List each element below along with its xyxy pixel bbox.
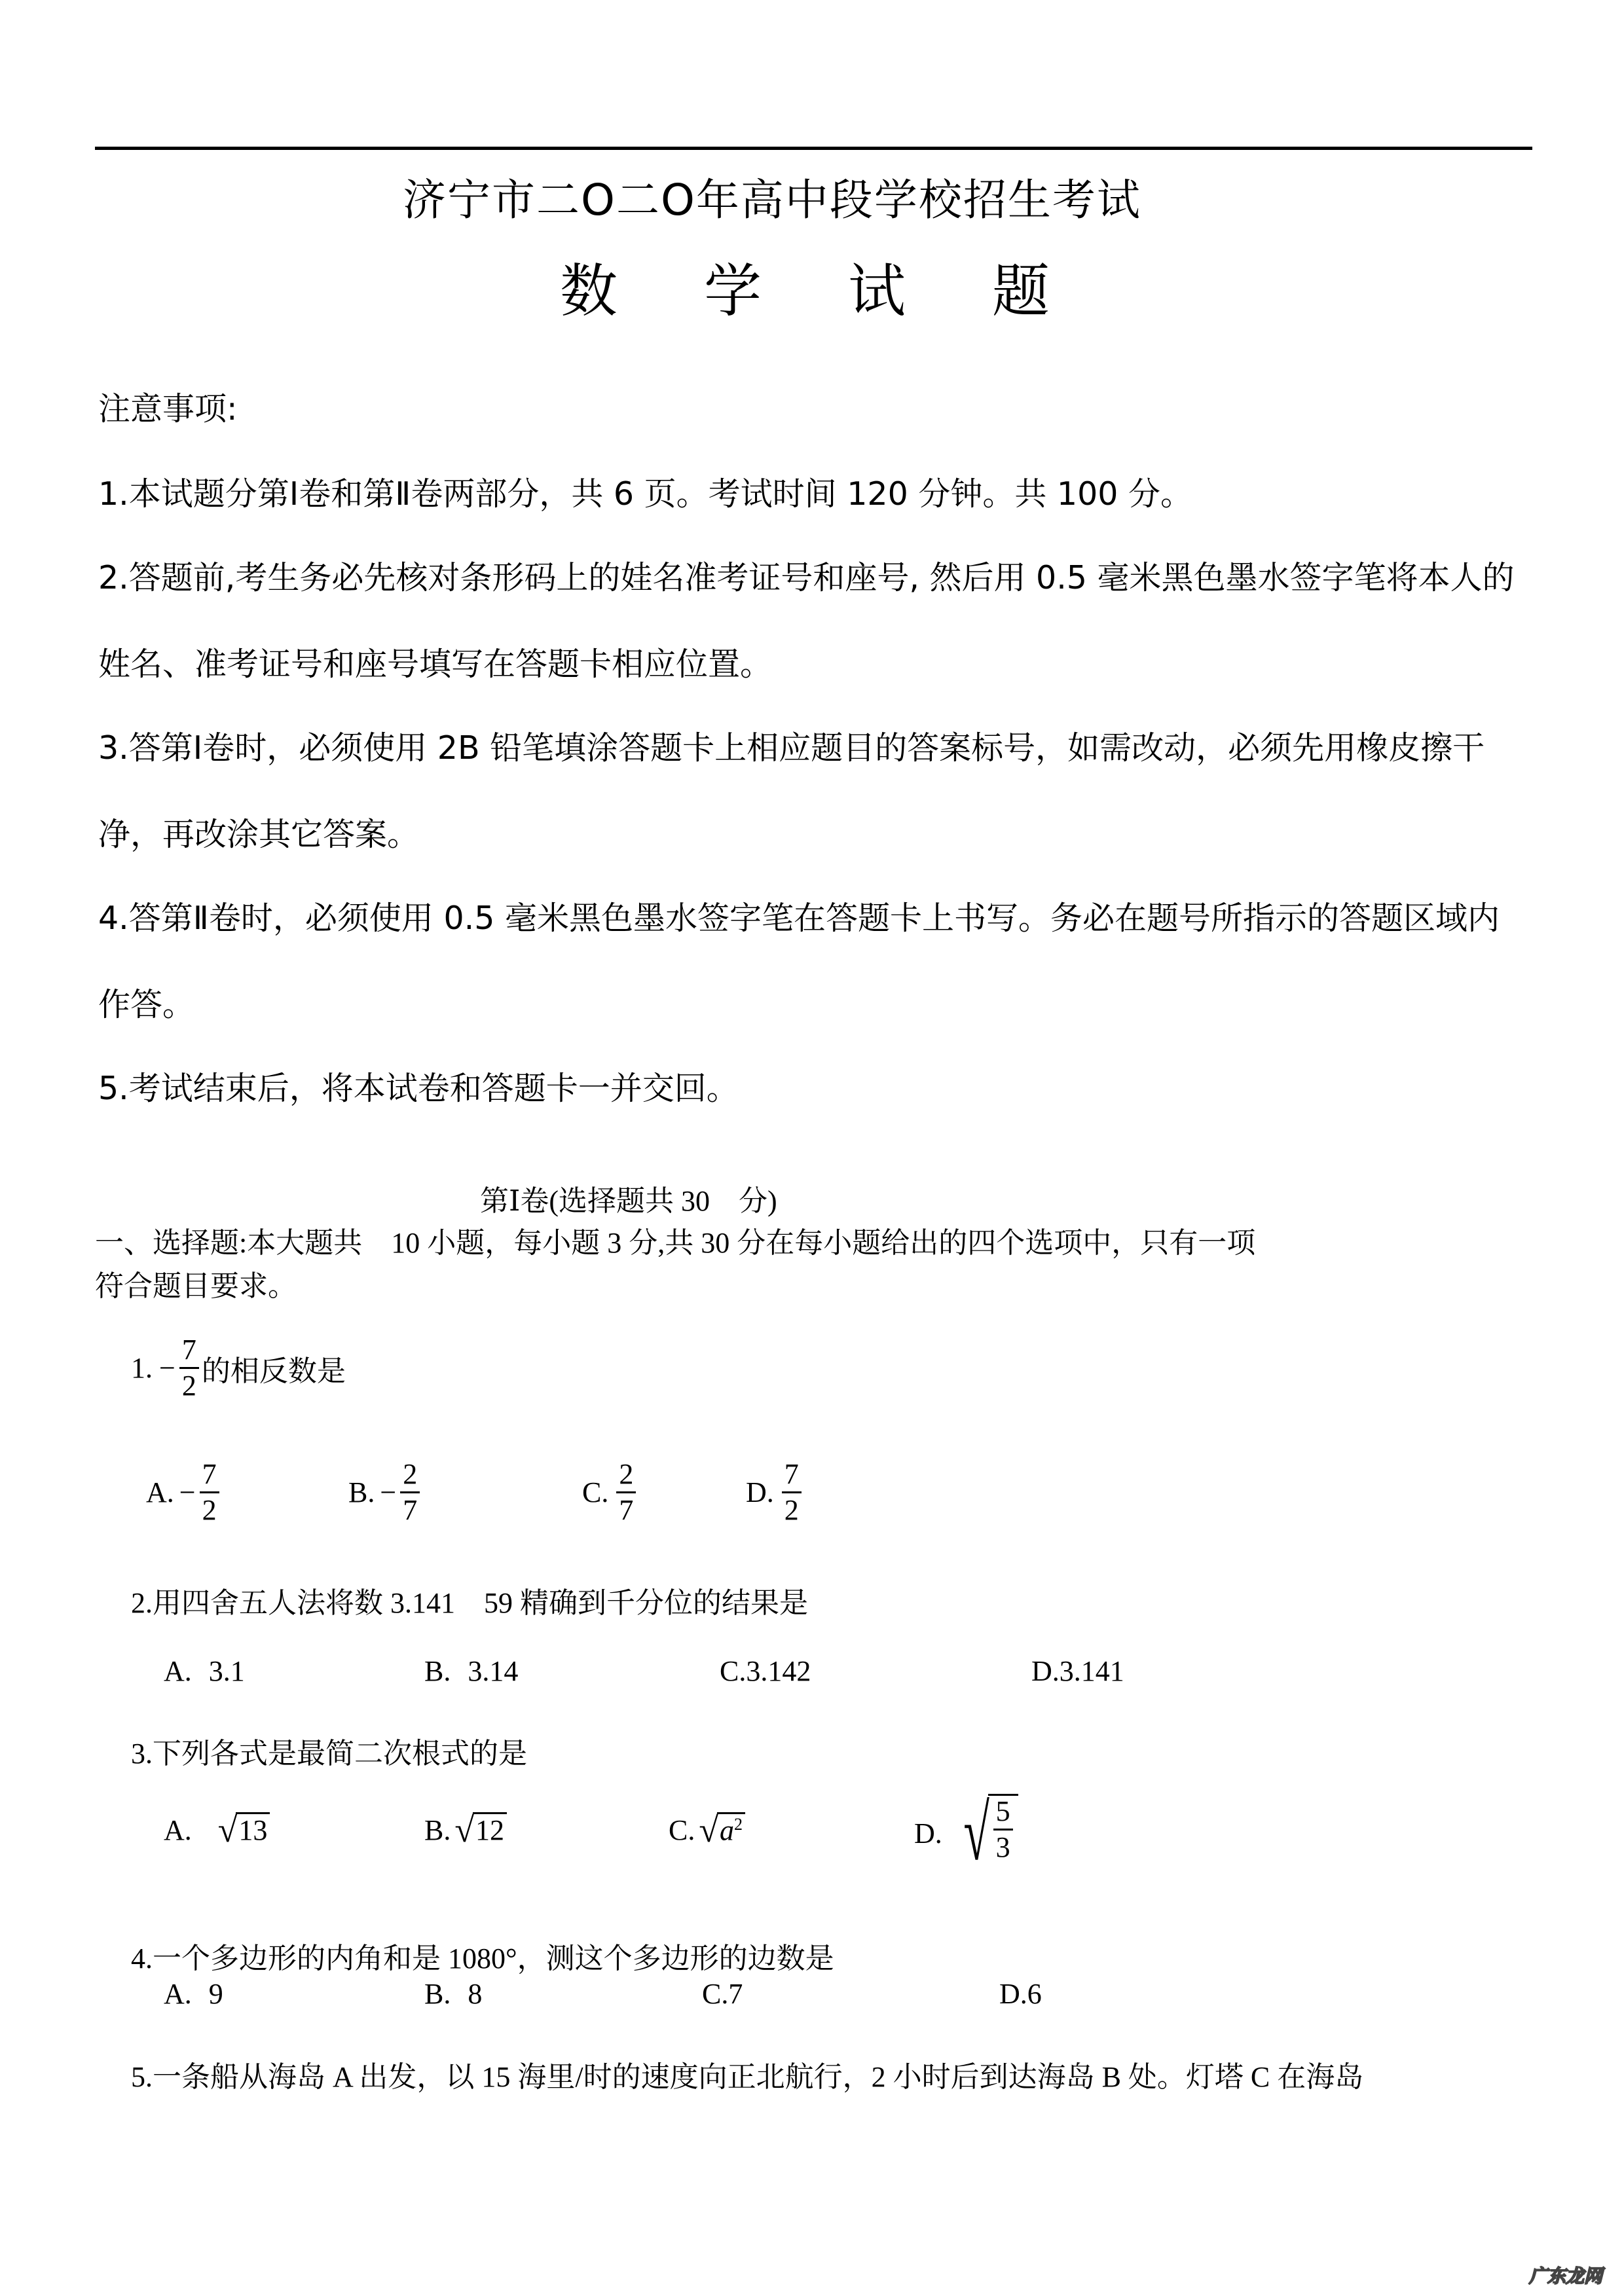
q3-option-d[interactable]: D. √53 <box>914 1794 1018 1872</box>
question-number: 1. <box>131 1351 153 1385</box>
question-stem-text: 下列各式是最简二次根式的是 <box>153 1738 527 1770</box>
fraction: 53 <box>993 1797 1013 1862</box>
note-line-3: 3.答第Ⅰ卷时，必须使用 2B 铅笔填涂答题卡上相应题目的答案标号，如需改动，必… <box>98 732 1485 764</box>
question-number: 4. <box>131 1942 153 1975</box>
question-4: 4.一个多边形的内角和是 1080°，测这个多边形的边数是 <box>131 1935 834 1977</box>
question-stem-text: 一条船从海岛 A 出发，以 15 海里/时的速度向正北航行，2 小时后到达海岛 … <box>153 2061 1363 2093</box>
header-rule <box>95 147 1532 150</box>
q3-option-c[interactable]: C. √a2 <box>669 1812 745 1848</box>
question-stem-text: 一个多边形的内角和是 1080°，测这个多边形的边数是 <box>153 1942 834 1975</box>
q2-option-d[interactable]: D.3.141 <box>1031 1654 1124 1688</box>
note-line-2-cont: 姓名、准考证号和座号填写在答题卡相应位置。 <box>98 648 772 680</box>
question-number: 5. <box>131 2061 153 2093</box>
question-number: 2. <box>131 1587 153 1619</box>
question-number: 3. <box>131 1738 153 1770</box>
q4-option-a[interactable]: A.9 <box>164 1977 223 2011</box>
note-line-1: 1.本试题分第Ⅰ卷和第Ⅱ卷两部分，共 6 页。考试时间 120 分钟。共 100… <box>98 478 1192 510</box>
q4-option-c[interactable]: C.7 <box>702 1977 743 2011</box>
q4-option-d[interactable]: D.6 <box>999 1977 1042 2011</box>
square-root: √a2 <box>699 1812 745 1848</box>
square-root: √13 <box>218 1812 270 1848</box>
q2-option-a[interactable]: A.3.1 <box>164 1654 245 1688</box>
question-2: 2.用四舍五人法将数 3.141 59 精确到千分位的结果是 <box>131 1579 808 1621</box>
q2-option-b[interactable]: B.3.14 <box>424 1654 518 1688</box>
note-line-4-cont: 作答。 <box>98 989 194 1021</box>
q4-option-b[interactable]: B.8 <box>424 1977 482 2011</box>
q1-option-c[interactable]: C. 27 <box>582 1460 638 1525</box>
note-line-5: 5.考试结束后，将本试卷和答题卡一并交回。 <box>98 1072 739 1104</box>
fraction: 7 2 <box>179 1336 199 1400</box>
question-stem-text: 用四舍五人法将数 3.141 59 精确到千分位的结果是 <box>153 1587 808 1619</box>
fraction: 27 <box>400 1460 420 1525</box>
fraction: 72 <box>782 1460 802 1525</box>
section-heading: 第Ⅰ卷(选择题共 30 分) <box>480 1177 777 1219</box>
fraction: 72 <box>200 1460 219 1525</box>
q2-option-c[interactable]: C.3.142 <box>720 1654 811 1688</box>
minus-sign: − <box>159 1351 175 1385</box>
section-instruction-2: 符合题目要求。 <box>95 1262 297 1304</box>
q3-option-a[interactable]: A. √13 <box>164 1812 270 1848</box>
notes-heading: 注意事项: <box>98 393 238 425</box>
question-5: 5.一条船从海岛 A 出发，以 15 海里/时的速度向正北航行，2 小时后到达海… <box>131 2053 1363 2095</box>
site-watermark: 广东龙网 <box>1529 2262 1602 2288</box>
question-3: 3.下列各式是最简二次根式的是 <box>131 1730 527 1772</box>
q3-option-b[interactable]: B. √12 <box>424 1812 507 1848</box>
q1-option-d[interactable]: D. 72 <box>746 1460 804 1525</box>
fraction: 27 <box>616 1460 636 1525</box>
exam-subject-title: 数 学 试 题 <box>560 246 1084 328</box>
note-line-2: 2.答题前,考生务必先核对条形码上的娃名准考证号和座号, 然后用 0.5 毫米黑… <box>98 562 1515 594</box>
square-root: √53 <box>946 1794 1018 1872</box>
q1-option-b[interactable]: B. − 27 <box>348 1460 422 1525</box>
section-instruction-1: 一、选择题:本大题共 10 小题，每小题 3 分,共 30 分在每小题给出的四个… <box>95 1219 1255 1261</box>
question-stem-text: 的相反数是 <box>202 1347 346 1389</box>
note-line-4: 4.答第Ⅱ卷时，必须使用 0.5 毫米黑色墨水签字笔在答题卡上书写。务必在题号所… <box>98 902 1500 934</box>
question-1: 1. − 7 2 的相反数是 <box>131 1336 346 1400</box>
square-root: √12 <box>454 1812 507 1848</box>
q1-option-a[interactable]: A. − 72 <box>146 1460 222 1525</box>
note-line-3-cont: 净，再改涂其它答案。 <box>98 818 419 850</box>
exam-title: 济宁市二O二O年高中段学校招生考试 <box>403 165 1141 227</box>
